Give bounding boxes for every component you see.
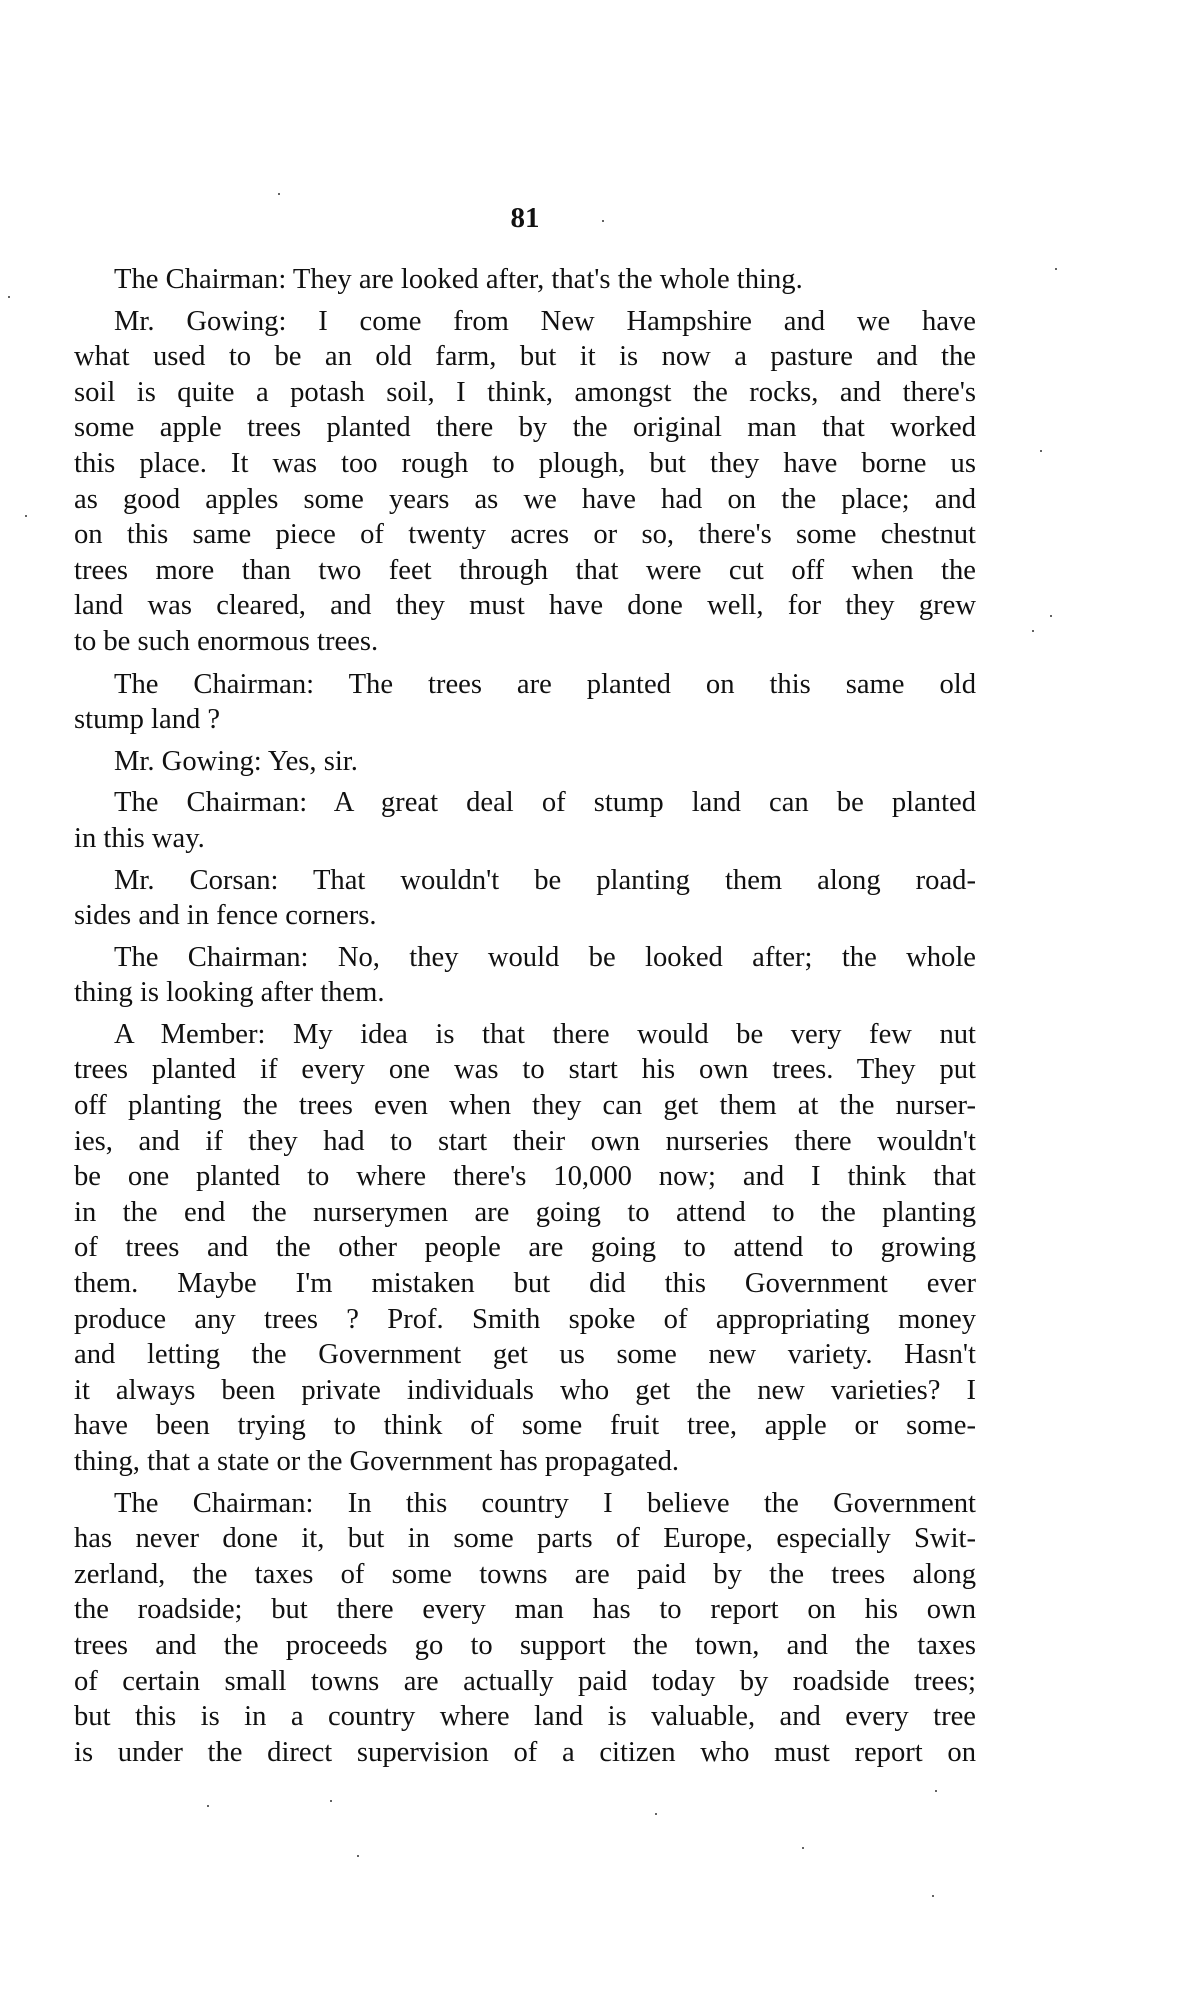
text-line: in this way. [74, 821, 976, 857]
text-line: The Chairman: The trees are planted on t… [74, 667, 976, 703]
document-page: 81 The Chairman: They are looked after, … [0, 0, 1201, 1999]
text-line: ies, and if they had to start their own … [74, 1124, 976, 1160]
text-line: have been trying to think of some fruit … [74, 1408, 976, 1444]
paragraph-chairman-5: The Chairman: In this country I believe … [74, 1486, 976, 1771]
paragraph-gowing-1: Mr. Gowing: I come from New Hampshire an… [74, 304, 976, 660]
text-line: of trees and the other people are going … [74, 1230, 976, 1266]
text-line: on this same piece of twenty acres or so… [74, 517, 976, 553]
scan-speck [935, 1790, 937, 1792]
text-line: The Chairman: A great deal of stump land… [74, 785, 976, 821]
paragraph-gowing-2: Mr. Gowing: Yes, sir. [74, 744, 976, 780]
scan-speck [932, 1895, 934, 1897]
scan-speck [655, 1813, 657, 1815]
text-line: some apple trees planted there by the or… [74, 410, 976, 446]
scan-speck [802, 1847, 804, 1849]
text-line: thing, that a state or the Government ha… [74, 1444, 976, 1480]
scan-speck [602, 220, 604, 222]
page-number: 81 [480, 200, 570, 236]
scan-speck [1032, 630, 1034, 632]
text-line: has never done it, but in some parts of … [74, 1521, 976, 1557]
scan-speck [207, 1805, 209, 1807]
text-line: them. Maybe I'm mistaken but did this Go… [74, 1266, 976, 1302]
paragraph-corsan: Mr. Corsan: That wouldn't be planting th… [74, 863, 976, 934]
scan-speck [278, 193, 280, 195]
paragraph-chairman-1: The Chairman: They are looked after, tha… [74, 262, 976, 298]
paragraph-member: A Member: My idea is that there would be… [74, 1017, 976, 1480]
text-line: Mr. Gowing: Yes, sir. [74, 744, 976, 780]
text-line: trees more than two feet through that we… [74, 553, 976, 589]
scan-speck [25, 515, 27, 517]
text-line: produce any trees ? Prof. Smith spoke of… [74, 1302, 976, 1338]
text-line: is under the direct supervision of a cit… [74, 1735, 976, 1771]
text-line: the roadside; but there every man has to… [74, 1592, 976, 1628]
body-text: The Chairman: They are looked after, tha… [74, 262, 976, 1776]
scan-speck [357, 1855, 359, 1857]
text-line: A Member: My idea is that there would be… [74, 1017, 976, 1053]
text-line: trees and the proceeds go to support the… [74, 1628, 976, 1664]
scan-speck [1050, 615, 1052, 617]
text-line: The Chairman: They are looked after, tha… [74, 262, 976, 298]
text-line: Mr. Gowing: I come from New Hampshire an… [74, 304, 976, 340]
text-line: thing is looking after them. [74, 975, 976, 1011]
paragraph-chairman-2: The Chairman: The trees are planted on t… [74, 667, 976, 738]
text-line: be one planted to where there's 10,000 n… [74, 1159, 976, 1195]
scan-speck [1055, 268, 1057, 270]
text-line: it always been private individuals who g… [74, 1373, 976, 1409]
text-line: in the end the nurserymen are going to a… [74, 1195, 976, 1231]
text-line: zerland, the taxes of some towns are pai… [74, 1557, 976, 1593]
text-line: land was cleared, and they must have don… [74, 588, 976, 624]
text-line: soil is quite a potash soil, I think, am… [74, 375, 976, 411]
scan-speck [8, 296, 10, 298]
text-line: but this is in a country where land is v… [74, 1699, 976, 1735]
text-line: as good apples some years as we have had… [74, 482, 976, 518]
text-line: this place. It was too rough to plough, … [74, 446, 976, 482]
scan-speck [330, 1800, 332, 1802]
text-line: to be such enormous trees. [74, 624, 976, 660]
text-line: what used to be an old farm, but it is n… [74, 339, 976, 375]
text-line: off planting the trees even when they ca… [74, 1088, 976, 1124]
text-line: The Chairman: In this country I believe … [74, 1486, 976, 1522]
paragraph-chairman-4: The Chairman: No, they would be looked a… [74, 940, 976, 1011]
text-line: stump land ? [74, 702, 976, 738]
text-line: and letting the Government get us some n… [74, 1337, 976, 1373]
text-line: sides and in fence corners. [74, 898, 976, 934]
scan-speck [1040, 450, 1042, 452]
text-line: of certain small towns are actually paid… [74, 1664, 976, 1700]
text-line: Mr. Corsan: That wouldn't be planting th… [74, 863, 976, 899]
paragraph-chairman-3: The Chairman: A great deal of stump land… [74, 785, 976, 856]
text-line: The Chairman: No, they would be looked a… [74, 940, 976, 976]
text-line: trees planted if every one was to start … [74, 1052, 976, 1088]
